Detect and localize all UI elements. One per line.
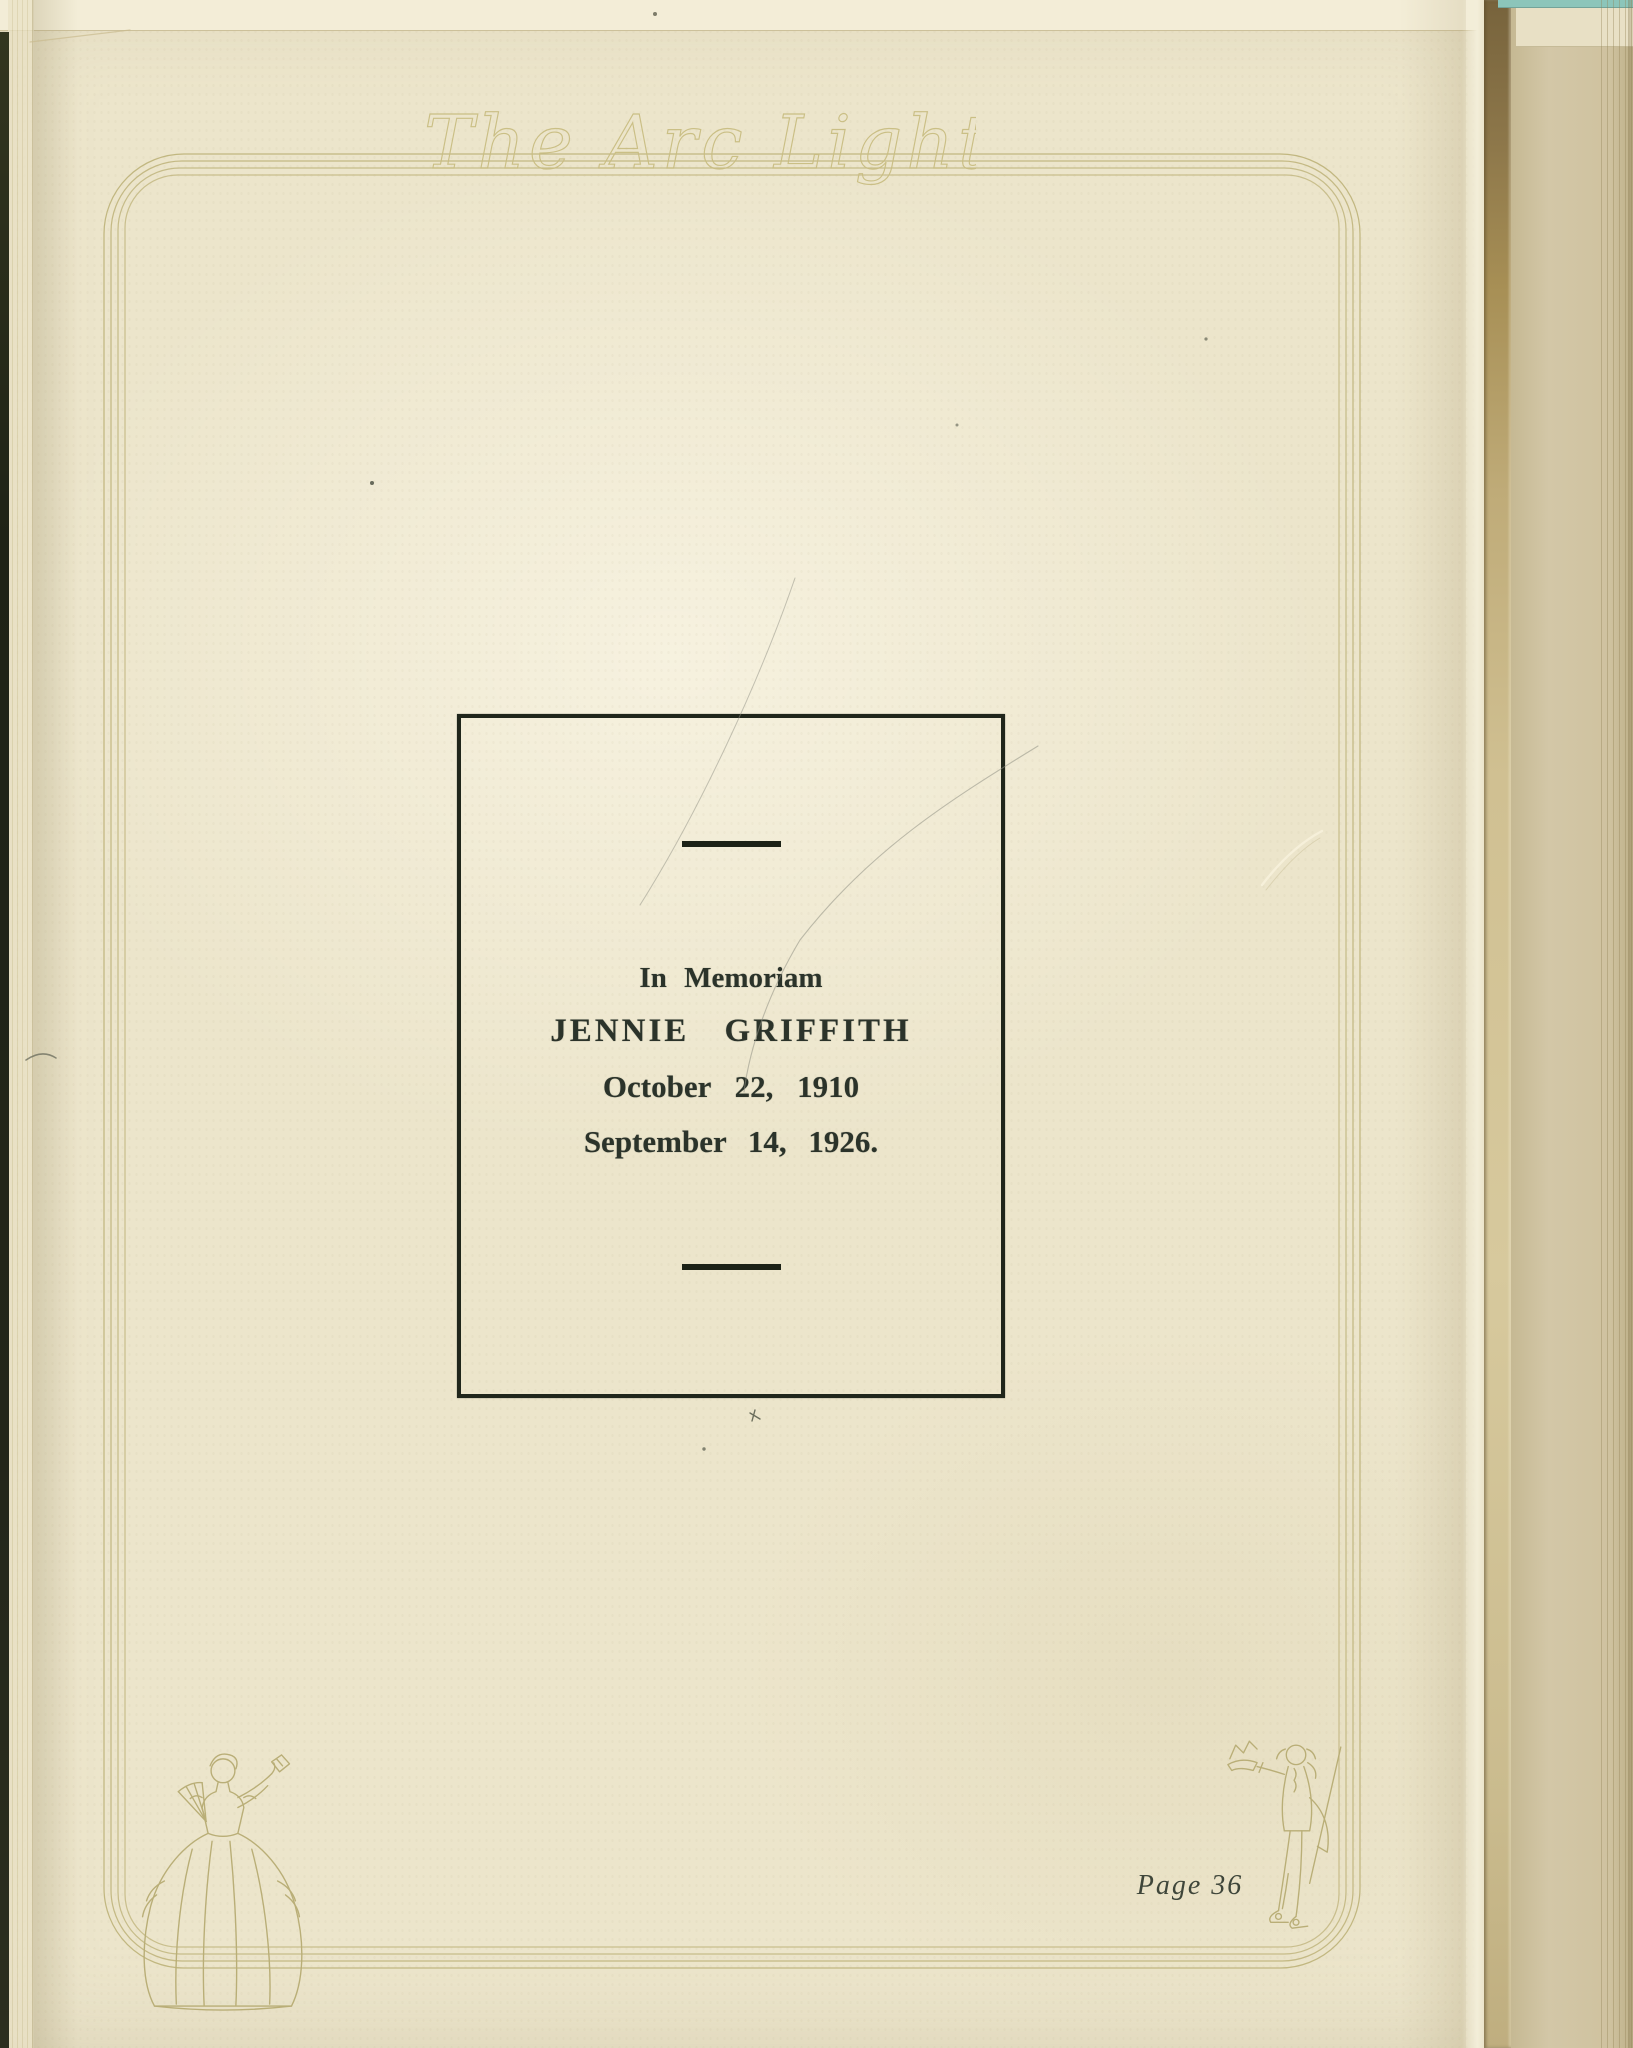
binding-gutter	[1484, 0, 1511, 2048]
colonial-woman-illustration	[126, 1742, 316, 2020]
underlying-page-top-edge	[0, 0, 1492, 31]
book-cover-edge	[0, 32, 9, 2048]
gutter-shading	[1400, 0, 1466, 2048]
page-stack-edges-left	[8, 0, 34, 2048]
masthead-script-text: The Arc Light	[424, 100, 976, 186]
page-number: Page 36	[1080, 1870, 1300, 1902]
woman-line-art	[143, 1754, 302, 2010]
far-right-page-edge	[1628, 0, 1633, 2048]
memorial-top-rule	[682, 841, 781, 847]
memorial-bottom-rule	[682, 1264, 781, 1270]
memorial-box: In Memoriam JENNIE GRIFFITH October 22, …	[457, 714, 1005, 1398]
spine-shadow	[32, 0, 78, 2048]
masthead-script-title: The Arc Light	[336, 56, 976, 236]
scanned-yearbook-page: The Arc Light In Memoriam JENNIE GRIFFIT…	[0, 0, 1633, 2048]
memorial-birth-date: October 22, 1910	[461, 1069, 1001, 1105]
colonial-man-illustration	[1224, 1736, 1370, 1948]
memorial-death-date: September 14, 1926.	[461, 1124, 1001, 1160]
memorial-name: JENNIE GRIFFITH	[461, 1013, 1001, 1050]
memorial-heading: In Memoriam	[461, 962, 1001, 995]
